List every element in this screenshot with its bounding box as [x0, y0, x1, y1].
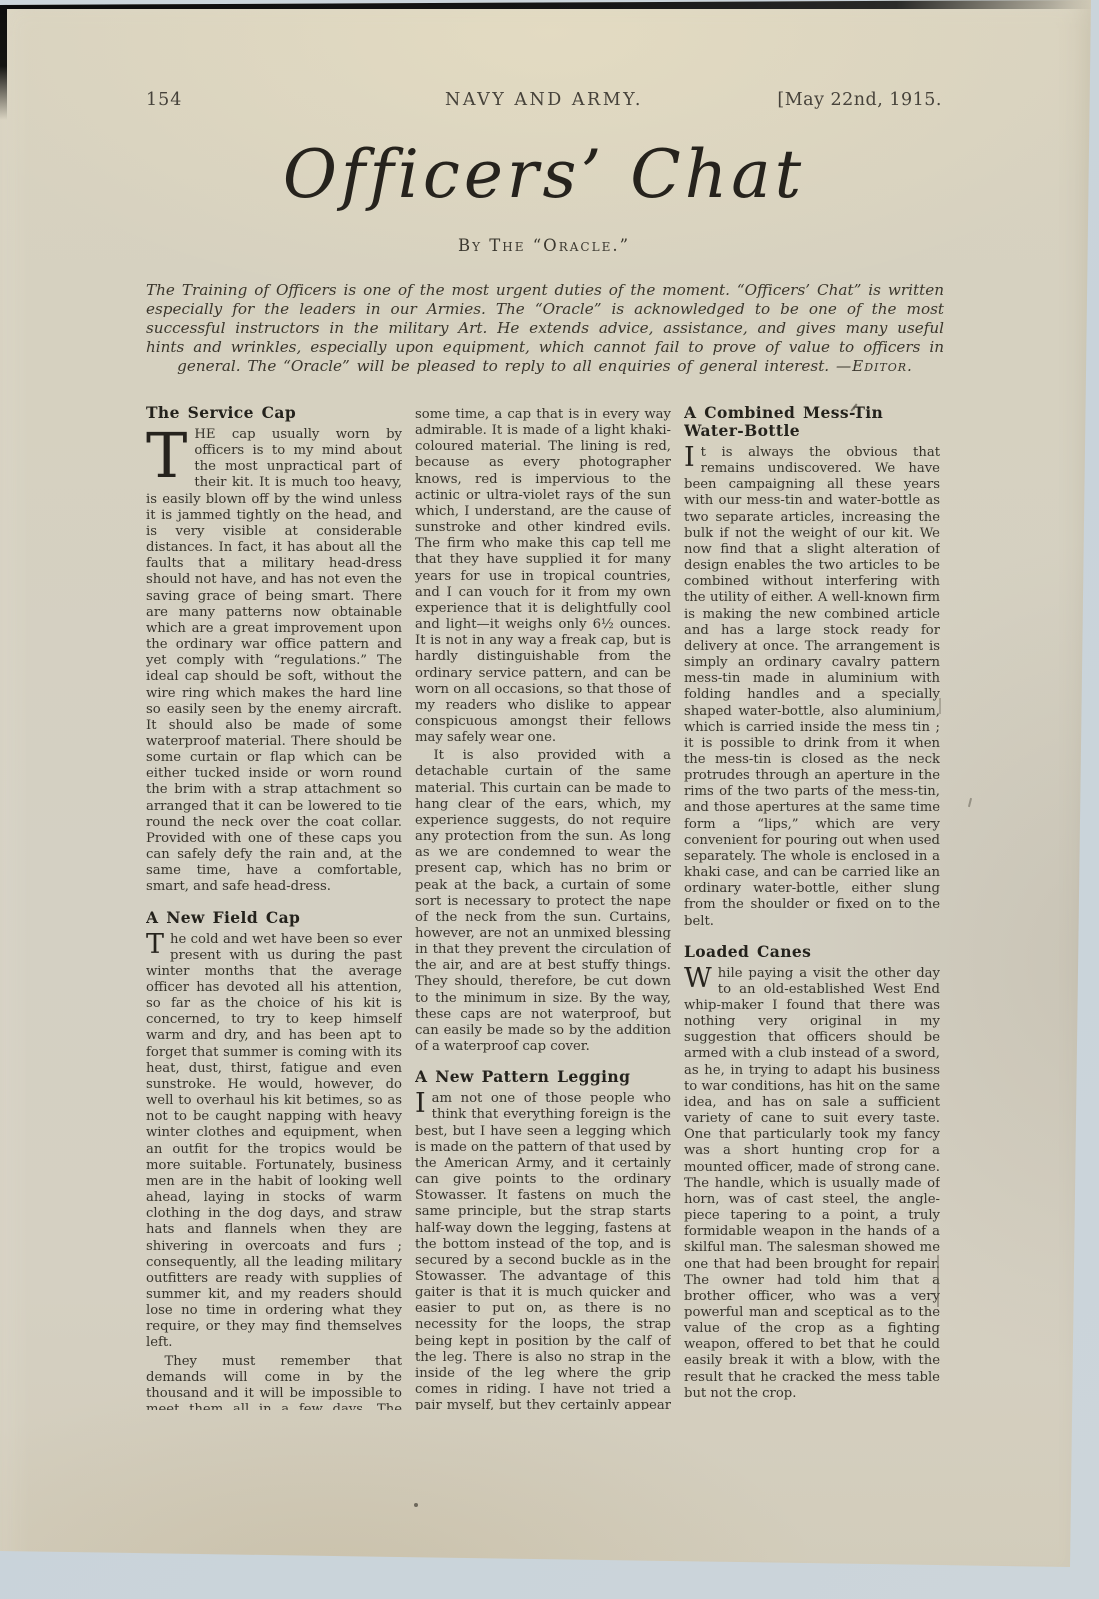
pen-mark	[968, 798, 972, 807]
drop-cap: T	[146, 933, 164, 962]
paragraph: Iam not one of those people who think th…	[415, 1091, 671, 1410]
paragraph: The cold and wet have been so ever prese…	[146, 932, 402, 1352]
editor-signature: —Editor.	[836, 357, 913, 375]
editor-introduction: The Training of Officers is one of the m…	[146, 281, 944, 376]
paragraph: It is always the obvious that remains un…	[684, 445, 940, 930]
scan-edge-top	[0, 0, 1093, 9]
drop-cap: I	[684, 446, 695, 475]
drop-cap: T	[146, 429, 187, 487]
paragraph-text: he cold and wet have been so ever presen…	[146, 932, 402, 1351]
column-3: A Combined Mess-Tin Water-Bottle It is a…	[684, 398, 940, 1410]
masthead: 154 NAVY AND ARMY. [May 22nd, 1915.	[146, 90, 942, 110]
paragraph-text: some time, a cap that is in every way ad…	[415, 407, 671, 745]
scan-edge-left	[0, 0, 7, 120]
paragraph-text: HE cap usually worn by officers is to my…	[146, 427, 402, 894]
section-heading-service-cap: The Service Cap	[146, 404, 402, 422]
issue-date: [May 22nd, 1915.	[777, 90, 942, 110]
paragraph-text: hile paying a visit the other day to an …	[684, 966, 940, 1401]
drop-cap: W	[684, 967, 712, 996]
pen-mark	[939, 698, 941, 714]
section-heading-new-pattern-legging: A New Pattern Legging	[415, 1068, 671, 1086]
paragraph-text: am not one of those people who think tha…	[415, 1091, 671, 1410]
paragraph: some time, a cap that is in every way ad…	[415, 407, 671, 746]
article-byline: By The “Oracle.”	[146, 236, 942, 255]
paragraph: While paying a visit the other day to an…	[684, 966, 940, 1402]
section-heading-combined-mess-tin: A Combined Mess-Tin Water-Bottle	[684, 404, 940, 440]
paragraph: It is also provided with a detachable cu…	[415, 748, 671, 1055]
ink-dot	[414, 1503, 418, 1507]
paragraph: THE cap usually worn by officers is to m…	[146, 427, 402, 896]
paragraph-text: It is also provided with a detachable cu…	[415, 748, 671, 1054]
paragraph-text: t is always the obvious that remains und…	[684, 445, 940, 929]
section-heading-loaded-canes: Loaded Canes	[684, 943, 940, 961]
column-1: The Service Cap THE cap usually worn by …	[146, 398, 402, 1410]
paragraph-text: They must remember that demands will com…	[146, 1354, 402, 1410]
article-body: The Service Cap THE cap usually worn by …	[146, 398, 942, 1410]
column-2: some time, a cap that is in every way ad…	[415, 398, 671, 1410]
drop-cap: I	[415, 1092, 426, 1121]
editor-introduction-text: The Training of Officers is one of the m…	[146, 281, 944, 375]
scan-background: 154 NAVY AND ARMY. [May 22nd, 1915. Offi…	[0, 0, 1099, 1599]
magazine-page: 154 NAVY AND ARMY. [May 22nd, 1915. Offi…	[0, 0, 1099, 1599]
page-number: 154	[146, 90, 182, 110]
paragraph: They must remember that demands will com…	[146, 1354, 402, 1410]
publication-title: NAVY AND ARMY.	[445, 90, 643, 110]
article-title: Officers’ Chat	[146, 136, 942, 213]
section-heading-new-field-cap: A New Field Cap	[146, 909, 402, 927]
pen-mark	[937, 1255, 939, 1307]
